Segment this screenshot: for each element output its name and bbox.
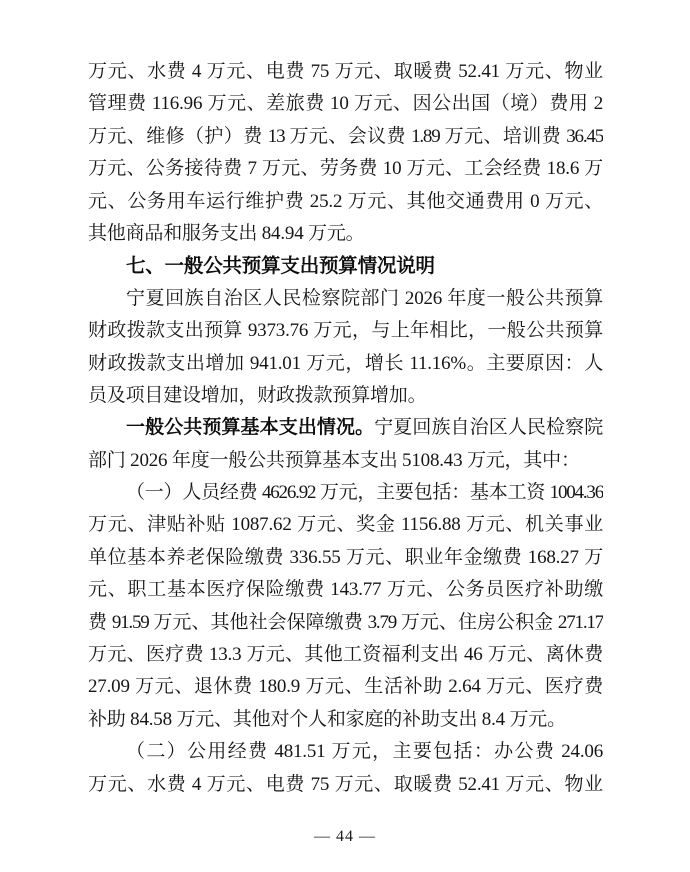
- text-line: 元、职工基本医疗保险缴费 143.77 万元、公务员医疗补助缴: [88, 574, 603, 606]
- paragraph: 宁夏回族自治区人民检察院部门 2026 年度一般公共预算财政拨款支出预算 937…: [88, 283, 603, 413]
- bold-lead-text: 一般公共预算基本支出情况。: [126, 417, 374, 438]
- text-line: 万元、津贴补贴 1087.62 万元、奖金 1156.88 万元、机关事业: [88, 509, 603, 541]
- text-line: 万元、公务接待费 7 万元、劳务费 10 万元、工会经费 18.6 万: [88, 153, 603, 185]
- text-line: 财政拨款支出预算 9373.76 万元，与上年相比，一般公共预算: [88, 315, 603, 347]
- text-line: 补助 84.58 万元、其他对个人和家庭的补助支出 8.4 万元。: [88, 704, 603, 736]
- text-line: （一）人员经费 4626.92 万元，主要包括：基本工资 1004.36: [88, 477, 603, 509]
- text-line: 管理费 116.96 万元、差旅费 10 万元、因公出国（境）费用 2: [88, 88, 603, 120]
- heading-line: 七、一般公共预算支出预算情况说明: [88, 250, 603, 282]
- text-line: 财政拨款支出增加 941.01 万元，增长 11.16%。主要原因：人: [88, 348, 603, 380]
- text-line: 万元、水费 4 万元、电费 75 万元、取暖费 52.41 万元、物业: [88, 769, 603, 801]
- paragraph: （二）公用经费 481.51 万元，主要包括：办公费 24.06万元、水费 4 …: [88, 736, 603, 801]
- text-line: （二）公用经费 481.51 万元，主要包括：办公费 24.06: [88, 736, 603, 768]
- text-line: 27.09 万元、退休费 180.9 万元、生活补助 2.64 万元、医疗费: [88, 671, 603, 703]
- line-text: 宁夏回族自治区人民检察院: [374, 417, 603, 438]
- paragraph: 一般公共预算基本支出情况。宁夏回族自治区人民检察院部门 2026 年度一般公共预…: [88, 412, 603, 477]
- document-page: 万元、水费 4 万元、电费 75 万元、取暖费 52.41 万元、物业管理费 1…: [0, 0, 690, 872]
- page-footer: — 44 —: [0, 828, 690, 846]
- text-line: 员及项目建设增加，财政拨款预算增加。: [88, 380, 603, 412]
- text-line: 万元、维修（护）费 13 万元、会议费 1.89 万元、培训费 36.45: [88, 121, 603, 153]
- text-line: 部门 2026 年度一般公共预算基本支出 5108.43 万元，其中：: [88, 445, 603, 477]
- paragraph: 万元、水费 4 万元、电费 75 万元、取暖费 52.41 万元、物业管理费 1…: [88, 56, 603, 250]
- text-line: 元、公务用车运行维护费 25.2 万元、其他交通费用 0 万元、: [88, 186, 603, 218]
- document-body: 万元、水费 4 万元、电费 75 万元、取暖费 52.41 万元、物业管理费 1…: [88, 56, 603, 801]
- text-line: 单位基本养老保险缴费 336.55 万元、职业年金缴费 168.27 万: [88, 542, 603, 574]
- paragraph: （一）人员经费 4626.92 万元，主要包括：基本工资 1004.36万元、津…: [88, 477, 603, 736]
- text-line: 万元、水费 4 万元、电费 75 万元、取暖费 52.41 万元、物业: [88, 56, 603, 88]
- text-line: 一般公共预算基本支出情况。宁夏回族自治区人民检察院: [88, 412, 603, 444]
- section-heading: 七、一般公共预算支出预算情况说明: [88, 250, 603, 282]
- text-line: 费 91.59 万元、其他社会保障缴费 3.79 万元、住房公积金 271.17: [88, 607, 603, 639]
- page-number: — 44 —: [314, 828, 376, 845]
- text-line: 宁夏回族自治区人民检察院部门 2026 年度一般公共预算: [88, 283, 603, 315]
- text-line: 其他商品和服务支出 84.94 万元。: [88, 218, 603, 250]
- text-line: 万元、医疗费 13.3 万元、其他工资福利支出 46 万元、离休费: [88, 639, 603, 671]
